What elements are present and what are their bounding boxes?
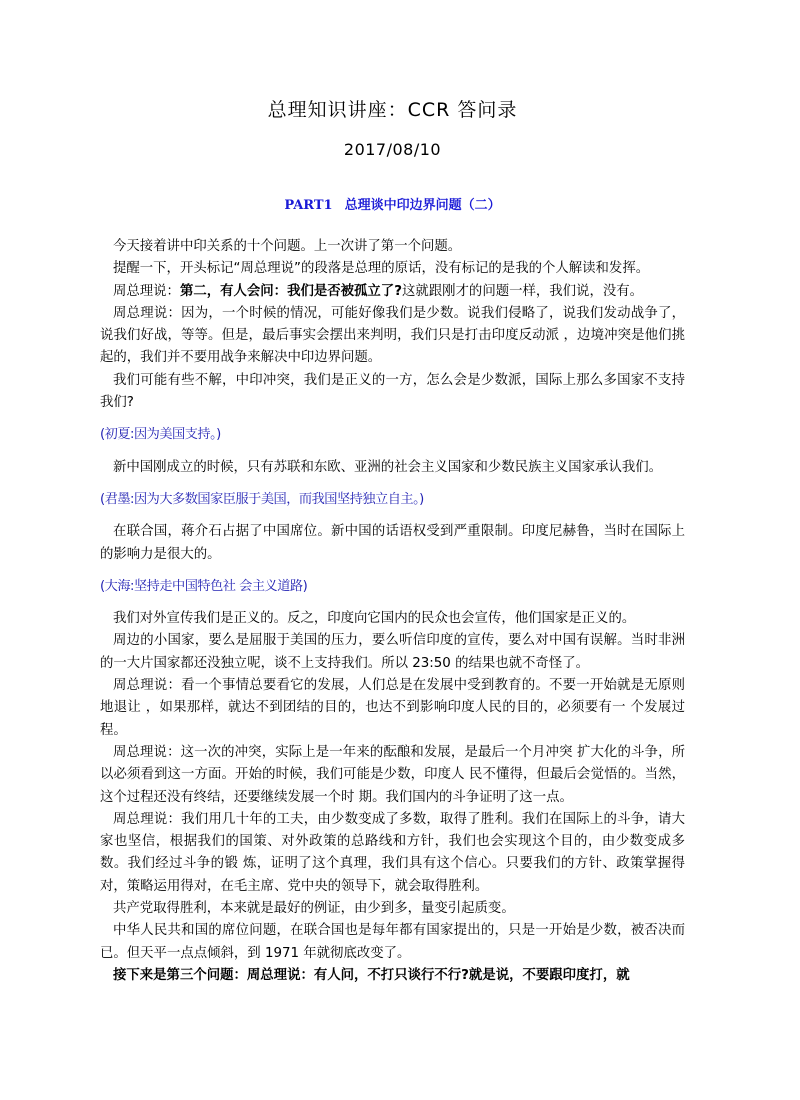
paragraph: 周总理说：这一次的冲突，实际上是一年来的酝酿和发展，是最后一个月冲突 扩大化的斗… [100,742,685,809]
paragraph: 在联合国，蒋介石占据了中国席位。新中国的话语权受到严重限制。印度尼赫鲁，当时在国… [100,521,685,566]
paragraph: 周总理说：因为，一个时候的情况，可能好像我们是少数。说我们侵略了，说我们发动战争… [100,303,685,370]
part-title: 总理谈中印边界问题（二） [345,198,501,213]
paragraph-bold: 接下来是第三个问题：周总理说：有人问，不打只谈行不行?就是说，不要跟印度打，就 [100,965,685,987]
part-heading: PART1总理谈中印边界问题（二） [100,194,685,213]
paragraph-text: 这就跟刚才的问题一样，我们说，没有。 [402,284,643,299]
paragraph: 我们可能有些不解，中印冲突，我们是正义的一方，怎么会是少数派，国际上那么多国家不… [100,370,685,415]
paragraph: 周总理说：看一个事情总要看它的发展，人们总是在发展中受到教育的。不要一开始就是无… [100,675,685,742]
document-body: 今天接着讲中印关系的十个问题。上一次讲了第一个问题。 提醒一下，开头标记“周总理… [100,236,685,987]
paragraph: 共产党取得胜利，本来就是最好的例证，由少到多，量变引起质变。 [100,898,685,920]
paragraph: 我们对外宣传我们是正义的。反之，印度向它国内的民众也会宣传，他们国家是正义的。 [100,608,685,630]
question-bold: 第二，有人会问：我们是否被孤立了? [180,284,402,299]
paragraph: 新中国刚成立的时候，只有苏联和东欧、亚洲的社会主义国家和少数民族主义国家承认我们… [100,457,685,479]
speaker-prefix: 周总理说： [113,284,180,299]
paragraph: 提醒一下，开头标记“周总理说”的段落是总理的原话，没有标记的是我的个人解读和发挥… [100,258,685,280]
paragraph: 中华人民共和国的席位问题，在联合国也是每年都有国家提出的，只是一开始是少数，被否… [100,920,685,965]
paragraph: 周总理说：我们用几十年的工夫，由少数变成了多数，取得了胜利。我们在国际上的斗争，… [100,809,685,898]
reader-comment: (初夏:因为美国支持。) [100,424,685,446]
reader-comment: (大海:坚持走中国特色社 会主义道路) [100,576,685,598]
part-number: PART1 [284,198,332,213]
paragraph: 周总理说：第二，有人会问：我们是否被孤立了?这就跟刚才的问题一样，我们说，没有。 [100,281,685,303]
paragraph: 周边的小国家，要么是屈服于美国的压力，要么听信印度的宣传，要么对中国有误解。当时… [100,630,685,675]
paragraph: 今天接着讲中印关系的十个问题。上一次讲了第一个问题。 [100,236,685,258]
document-date: 2017/08/10 [100,140,685,159]
document-title: 总理知识讲座：CCR 答问录 [100,95,685,122]
reader-comment: (君墨:因为大多数国家臣服于美国，而我国坚持独立自主。) [100,489,685,511]
